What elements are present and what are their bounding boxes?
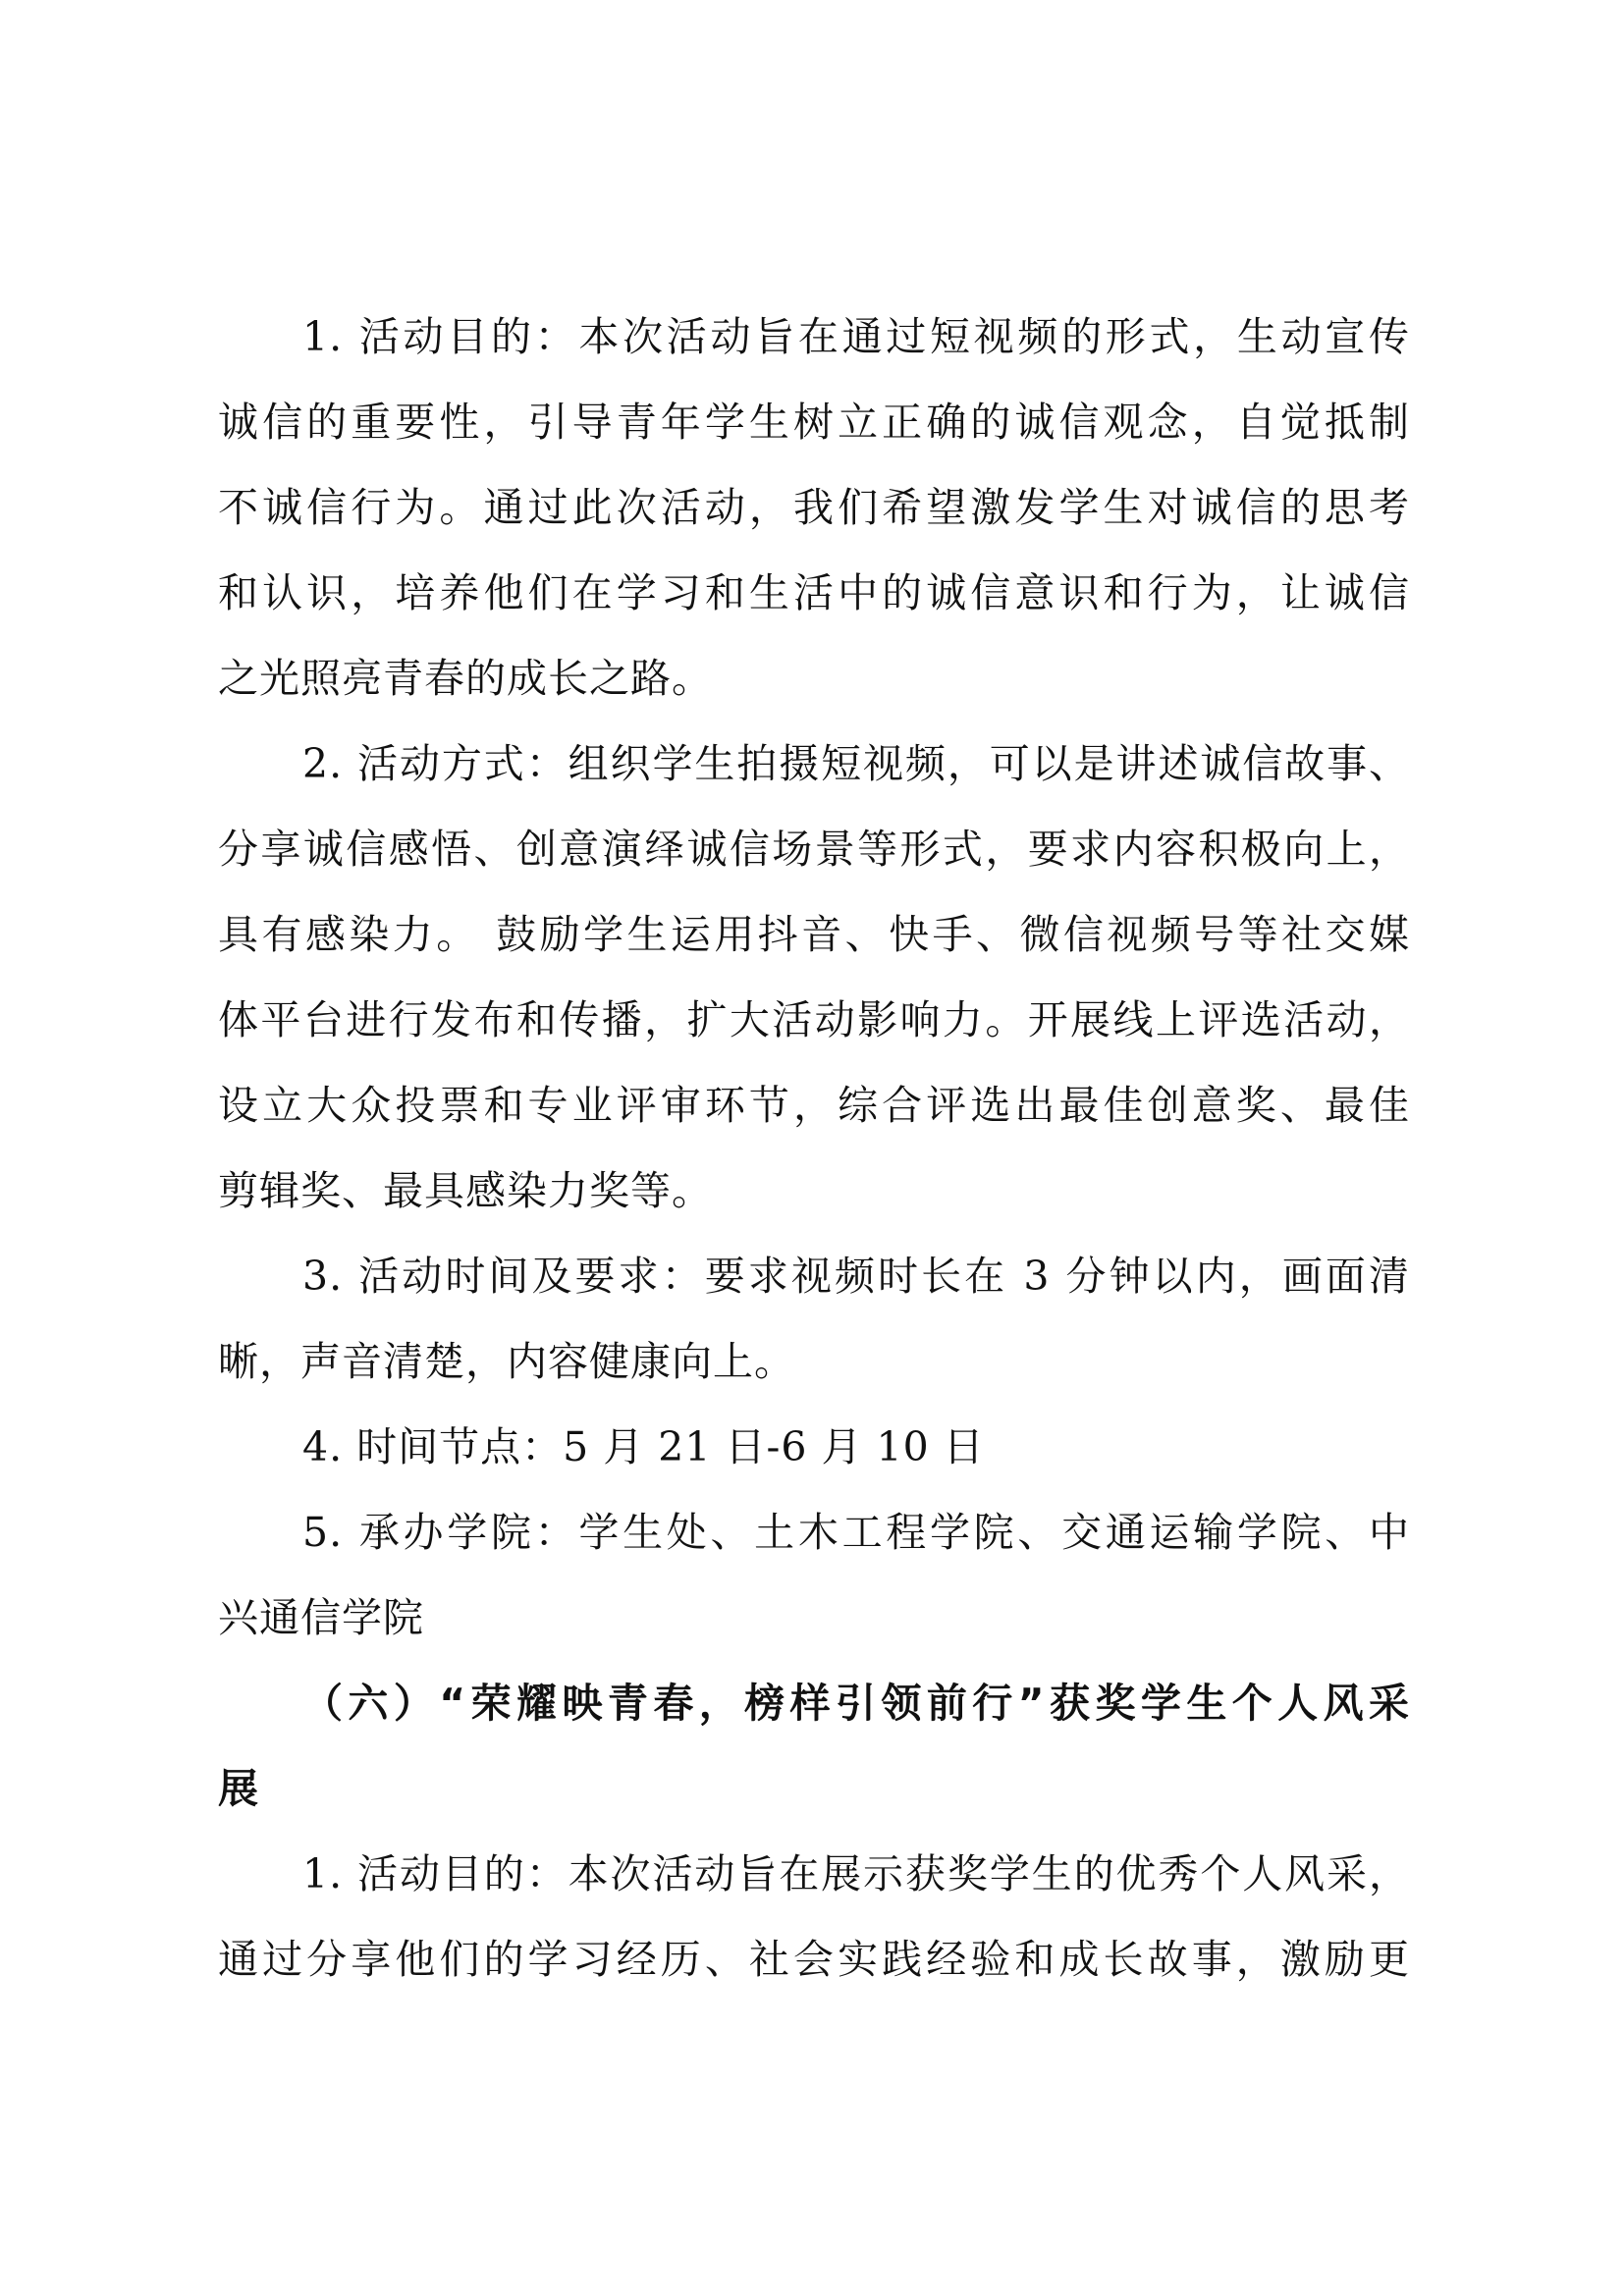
heading-line: 展 — [218, 1746, 1410, 1832]
text-line: 晰，声音清楚，内容健康向上。 — [218, 1319, 1410, 1405]
text-line: 1. 活动目的：本次活动旨在展示获奖学生的优秀个人风采， — [218, 1832, 1410, 1917]
text-line: 1. 活动目的：本次活动旨在通过短视频的形式，生动宣传 — [218, 294, 1410, 380]
text-line: 5. 承办学院：学生处、土木工程学院、交通运输学院、中 — [218, 1490, 1410, 1575]
text-line: 设立大众投票和专业评审环节，综合评选出最佳创意奖、最佳 — [218, 1063, 1410, 1148]
text-line: 4. 时间节点：5 月 21 日-6 月 10 日 — [218, 1405, 1410, 1490]
text-line: 具有感染力。 鼓励学生运用抖音、快手、微信视频号等社交媒 — [218, 892, 1410, 978]
text-line: 兴通信学院 — [218, 1575, 1410, 1661]
paragraph-showcase-purpose: 1. 活动目的：本次活动旨在展示获奖学生的优秀个人风采， 通过分享他们的学习经历… — [218, 1832, 1410, 2002]
text-line: 剪辑奖、最具感染力奖等。 — [218, 1148, 1410, 1234]
paragraph-activity-method: 2. 活动方式：组织学生拍摄短视频，可以是讲述诚信故事、 分享诚信感悟、创意演绎… — [218, 721, 1410, 1234]
text-line: 体平台进行发布和传播，扩大活动影响力。开展线上评选活动， — [218, 978, 1410, 1063]
document-page: 1. 活动目的：本次活动旨在通过短视频的形式，生动宣传 诚信的重要性，引导青年学… — [218, 294, 1410, 2002]
text-line: 通过分享他们的学习经历、社会实践经验和成长故事，激励更 — [218, 1917, 1410, 2002]
text-line: 3. 活动时间及要求：要求视频时长在 3 分钟以内，画面清 — [218, 1234, 1410, 1319]
paragraph-organizers: 5. 承办学院：学生处、土木工程学院、交通运输学院、中 兴通信学院 — [218, 1490, 1410, 1661]
paragraph-activity-time-requirements: 3. 活动时间及要求：要求视频时长在 3 分钟以内，画面清 晰，声音清楚，内容健… — [218, 1234, 1410, 1405]
text-line: 2. 活动方式：组织学生拍摄短视频，可以是讲述诚信故事、 — [218, 721, 1410, 807]
text-line: 之光照亮青春的成长之路。 — [218, 636, 1410, 721]
text-line: 分享诚信感悟、创意演绎诚信场景等形式，要求内容积极向上， — [218, 807, 1410, 892]
text-line: 诚信的重要性，引导青年学生树立正确的诚信观念，自觉抵制 — [218, 380, 1410, 465]
paragraph-timeline: 4. 时间节点：5 月 21 日-6 月 10 日 — [218, 1405, 1410, 1490]
section-heading-6: （六）“荣耀映青春，榜样引领前行”获奖学生个人风采 展 — [218, 1661, 1410, 1832]
text-line: 和认识，培养他们在学习和生活中的诚信意识和行为，让诚信 — [218, 551, 1410, 636]
text-line: 不诚信行为。通过此次活动，我们希望激发学生对诚信的思考 — [218, 465, 1410, 551]
paragraph-activity-purpose: 1. 活动目的：本次活动旨在通过短视频的形式，生动宣传 诚信的重要性，引导青年学… — [218, 294, 1410, 721]
heading-line: （六）“荣耀映青春，榜样引领前行”获奖学生个人风采 — [218, 1661, 1410, 1746]
